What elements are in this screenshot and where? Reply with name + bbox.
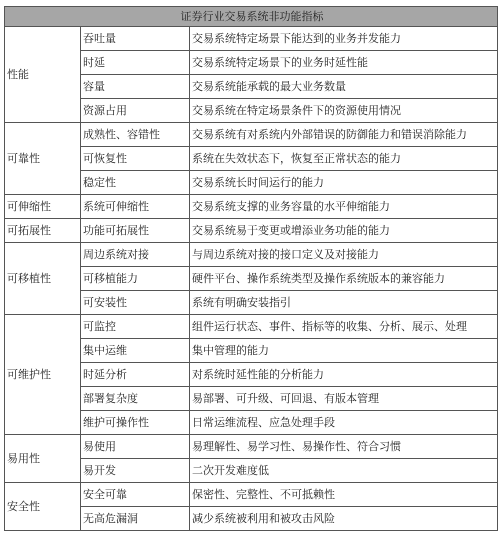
category-cell: 易用性	[5, 435, 81, 483]
metric-cell: 易使用	[81, 435, 190, 459]
description-cell: 系统有明确安装指引	[190, 291, 498, 315]
table-row: 可拓展性功能可拓展性交易系统易于变更或增添业务功能的能力	[5, 219, 498, 243]
metric-cell: 部署复杂度	[81, 387, 190, 411]
description-cell: 系统在失效状态下，恢复至正常状态的能力	[190, 147, 498, 171]
description-cell: 与周边系统对接的接口定义及对接能力	[190, 243, 498, 267]
description-cell: 保密性、完整性、不可抵赖性	[190, 483, 498, 507]
metric-cell: 系统可伸缩性	[81, 195, 190, 219]
metric-cell: 可安装性	[81, 291, 190, 315]
category-cell: 可伸缩性	[5, 195, 81, 219]
table-row: 可伸缩性系统可伸缩性交易系统支撑的业务容量的水平伸缩能力	[5, 195, 498, 219]
description-cell: 减少系统被利用和被攻击风险	[190, 507, 498, 531]
metric-cell: 吞吐量	[81, 27, 190, 51]
metric-cell: 容量	[81, 75, 190, 99]
metric-cell: 时延	[81, 51, 190, 75]
description-cell: 交易系统能承载的最大业务数量	[190, 75, 498, 99]
category-cell: 可移植性	[5, 243, 81, 315]
description-cell: 交易系统长时间运行的能力	[190, 171, 498, 195]
description-cell: 交易系统支撑的业务容量的水平伸缩能力	[190, 195, 498, 219]
metric-cell: 可监控	[81, 315, 190, 339]
metric-cell: 资源占用	[81, 99, 190, 123]
table-row: 安全性安全可靠保密性、完整性、不可抵赖性	[5, 483, 498, 507]
metric-cell: 可恢复性	[81, 147, 190, 171]
description-cell: 易理解性、易学习性、易操作性、符合习惯	[190, 435, 498, 459]
description-cell: 交易系统在特定场景条件下的资源使用情况	[190, 99, 498, 123]
description-cell: 对系统时延性能的分析能力	[190, 363, 498, 387]
nonfunctional-metrics-table: 证券行业交易系统非功能指标 性能吞吐量交易系统特定场景下能达到的业务并发能力时延…	[4, 6, 498, 531]
description-cell: 交易系统特定场景下能达到的业务并发能力	[190, 27, 498, 51]
table-row: 可靠性成熟性、容错性交易系统有对系统内外部错误的防御能力和错误消除能力	[5, 123, 498, 147]
description-cell: 集中管理的能力	[190, 339, 498, 363]
metric-cell: 成熟性、容错性	[81, 123, 190, 147]
table-row: 易用性易使用易理解性、易学习性、易操作性、符合习惯	[5, 435, 498, 459]
metric-cell: 维护可操作性	[81, 411, 190, 435]
category-cell: 可靠性	[5, 123, 81, 195]
category-cell: 可拓展性	[5, 219, 81, 243]
description-cell: 交易系统易于变更或增添业务功能的能力	[190, 219, 498, 243]
description-cell: 硬件平台、操作系统类型及操作系统版本的兼容能力	[190, 267, 498, 291]
table-row: 可移植性周边系统对接与周边系统对接的接口定义及对接能力	[5, 243, 498, 267]
metric-cell: 可移植能力	[81, 267, 190, 291]
description-cell: 组件运行状态、事件、指标等的收集、分析、展示、处理	[190, 315, 498, 339]
category-cell: 安全性	[5, 483, 81, 531]
category-cell: 可维护性	[5, 315, 81, 435]
metric-cell: 功能可拓展性	[81, 219, 190, 243]
metric-cell: 易开发	[81, 459, 190, 483]
category-cell: 性能	[5, 27, 81, 123]
description-cell: 易部署、可升级、可回退、有版本管理	[190, 387, 498, 411]
metric-cell: 稳定性	[81, 171, 190, 195]
metric-cell: 安全可靠	[81, 483, 190, 507]
description-cell: 日常运维流程、应急处理手段	[190, 411, 498, 435]
table-title-row: 证券行业交易系统非功能指标	[5, 7, 498, 27]
table-title: 证券行业交易系统非功能指标	[5, 7, 498, 27]
description-cell: 交易系统有对系统内外部错误的防御能力和错误消除能力	[190, 123, 498, 147]
description-cell: 交易系统特定场景下的业务时延性能	[190, 51, 498, 75]
metric-cell: 无高危漏洞	[81, 507, 190, 531]
table-row: 性能吞吐量交易系统特定场景下能达到的业务并发能力	[5, 27, 498, 51]
table-row: 可维护性可监控组件运行状态、事件、指标等的收集、分析、展示、处理	[5, 315, 498, 339]
metric-cell: 时延分析	[81, 363, 190, 387]
metric-cell: 周边系统对接	[81, 243, 190, 267]
description-cell: 二次开发难度低	[190, 459, 498, 483]
metric-cell: 集中运维	[81, 339, 190, 363]
table-body: 性能吞吐量交易系统特定场景下能达到的业务并发能力时延交易系统特定场景下的业务时延…	[5, 27, 498, 531]
